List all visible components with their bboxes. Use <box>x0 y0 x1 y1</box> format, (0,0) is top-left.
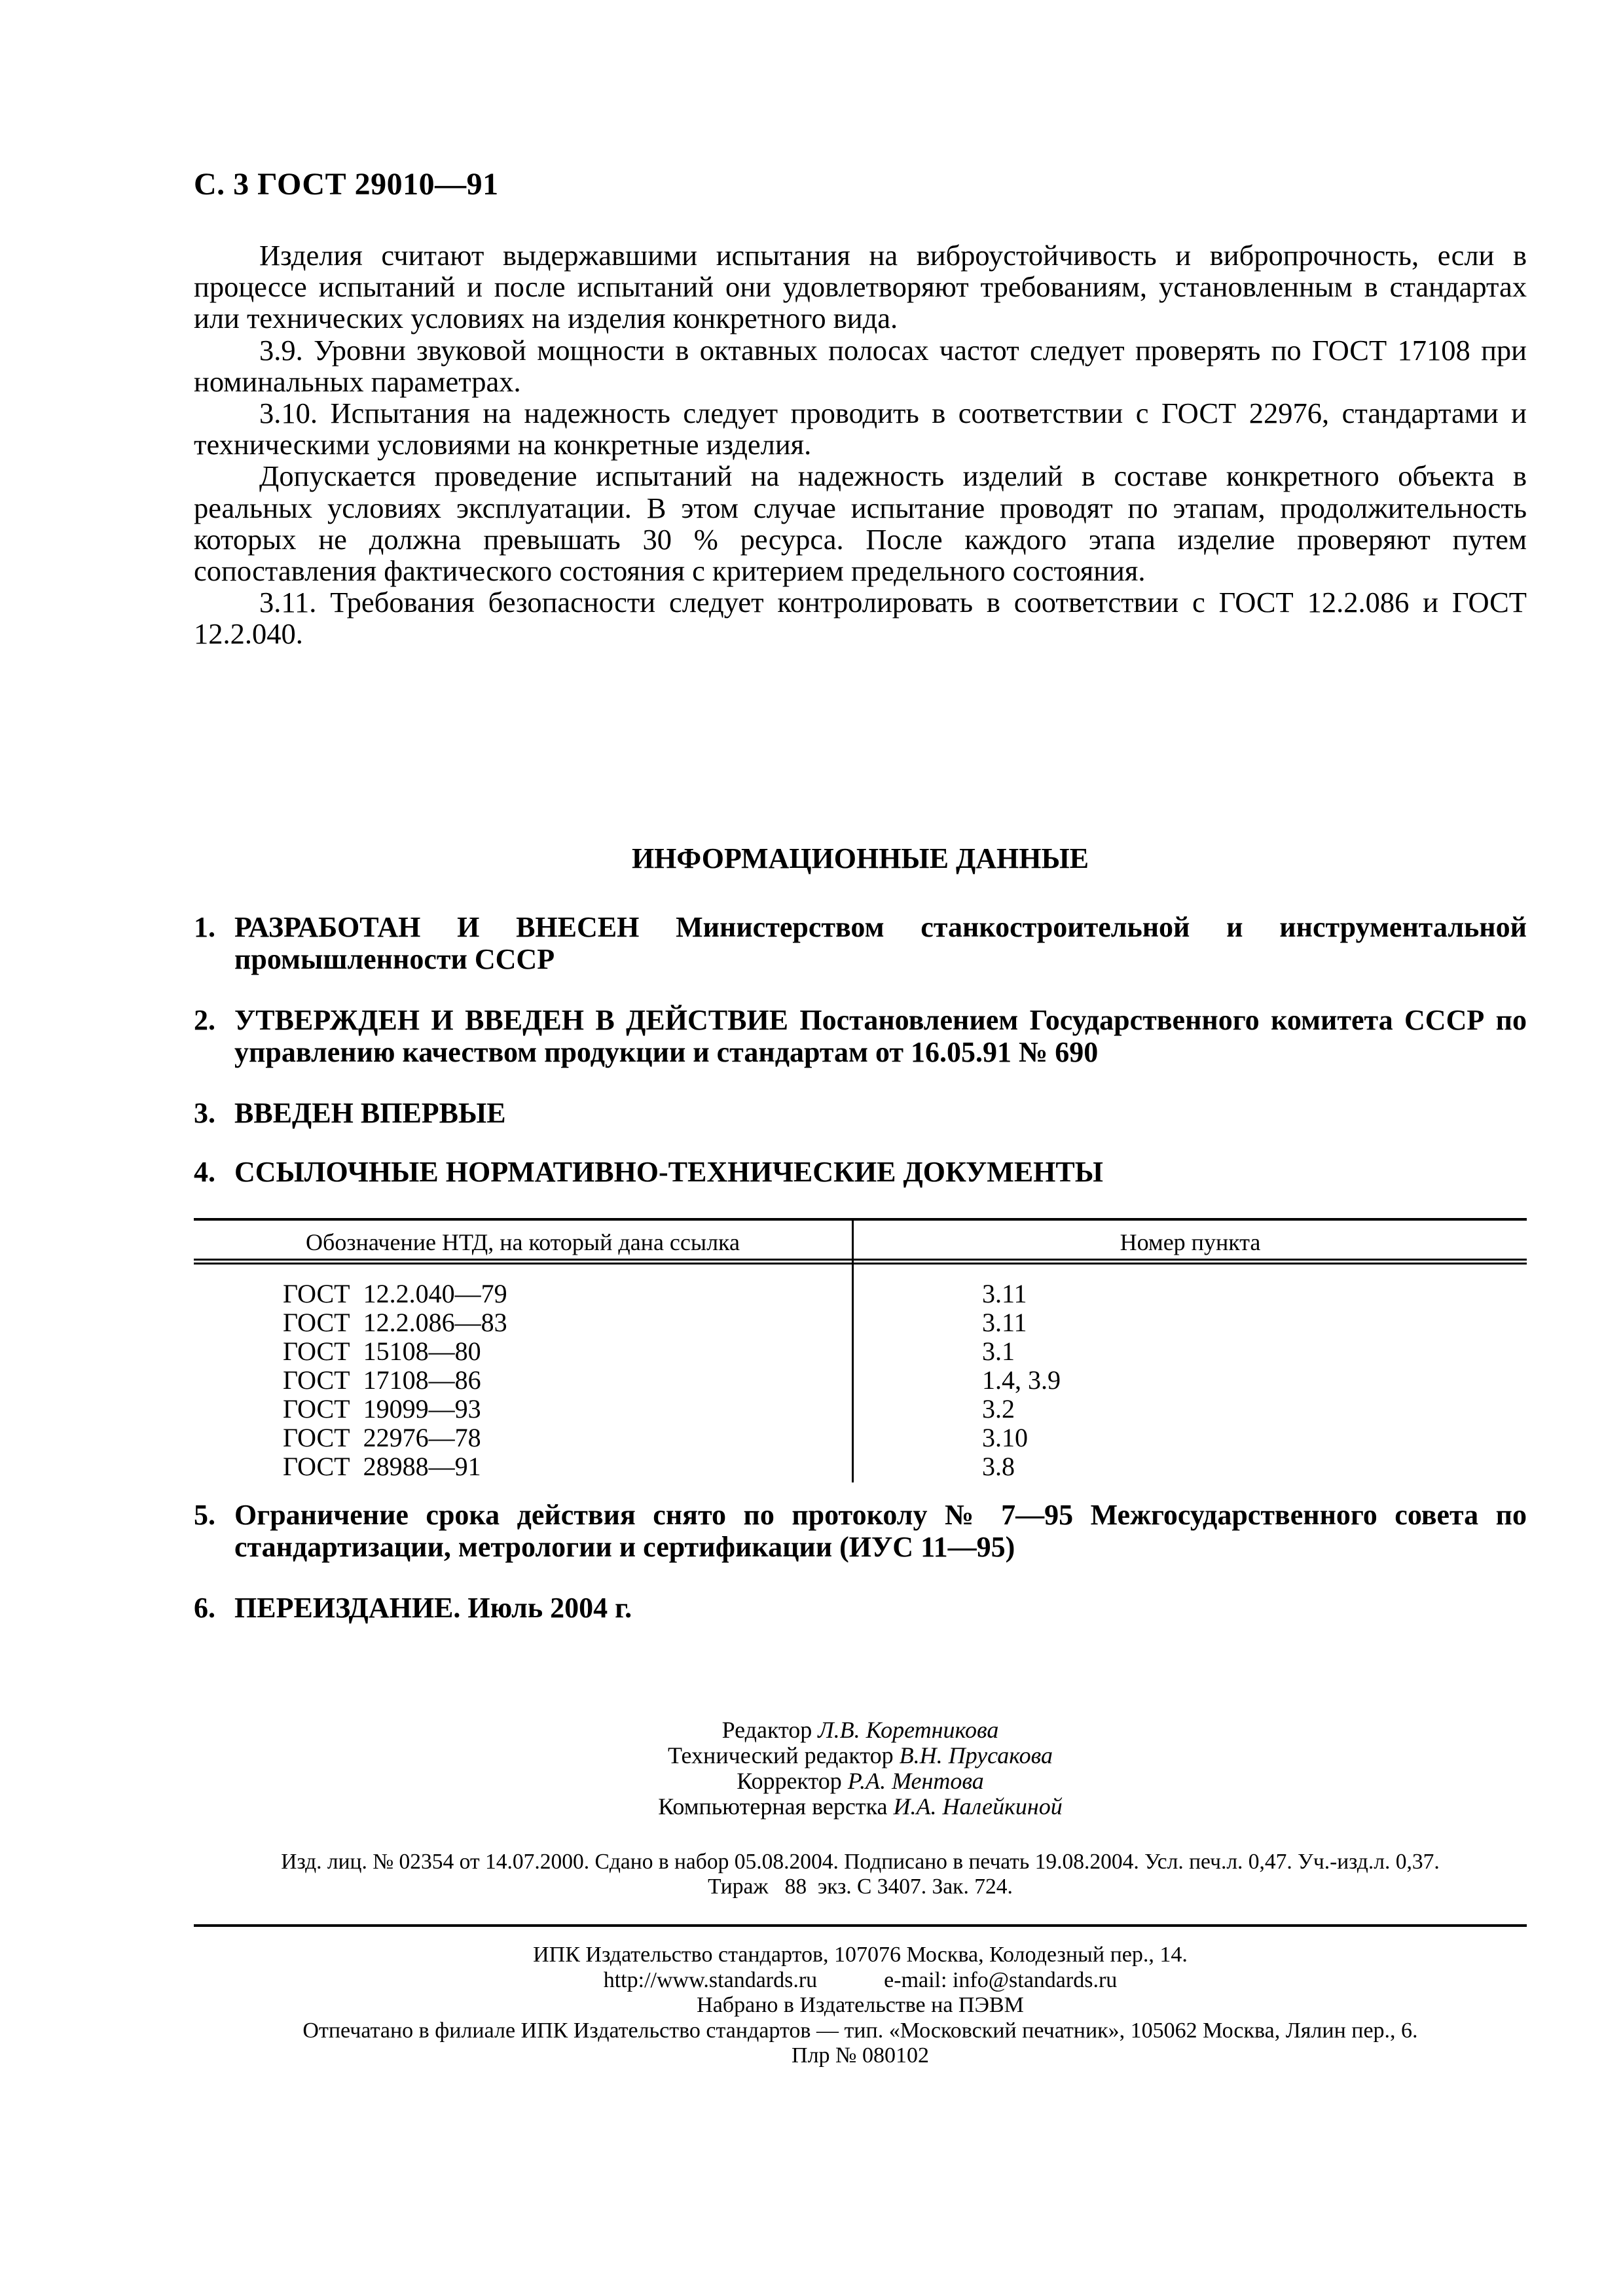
credit-name: Л.В. Коретникова <box>818 1717 998 1743</box>
paragraph-reliability: Допускается проведение испытаний на наде… <box>194 460 1527 586</box>
paragraph-3-10: 3.10. Испытания на надежность следует пр… <box>194 397 1527 460</box>
info-item-3: 3. ВВЕДЕН ВПЕРВЫЕ <box>194 1097 1527 1129</box>
info-item-6: 6. ПЕРЕИЗДАНИЕ. Июль 2004 г. <box>194 1592 1527 1624</box>
cell-clause: 3.11 <box>982 1280 1027 1308</box>
info-item-2: 2. УТВЕРЖДЕН И ВВЕДЕН В ДЕЙСТВИЕ Постано… <box>194 1004 1527 1068</box>
publisher-address: ИПК Издательство стандартов, 107076 Моск… <box>194 1943 1527 1968</box>
cell-clause: 3.8 <box>982 1452 1015 1481</box>
item-lead: ВВЕДЕН ВПЕРВЫЕ <box>234 1097 506 1129</box>
imprint-line-1: Изд. лиц. № 02354 от 14.07.2000. Сдано в… <box>194 1850 1527 1874</box>
credit-role: Технический редактор <box>668 1742 900 1768</box>
info-section-title: ИНФОРМАЦИОННЫЕ ДАННЫЕ <box>194 842 1527 875</box>
item-lead: РАЗРАБОТАН И ВНЕСЕН <box>234 911 639 943</box>
credit-name: Р.А. Ментова <box>848 1768 984 1794</box>
table-row: ГОСТ 19099—933.2 <box>194 1395 1527 1424</box>
cell-clause: 3.2 <box>982 1395 1015 1424</box>
info-item-4: 4. ССЫЛОЧНЫЕ НОРМАТИВНО-ТЕХНИЧЕСКИЕ ДОКУ… <box>194 1156 1527 1188</box>
printed-note: Отпечатано в филиале ИПК Издательство ст… <box>194 2018 1527 2044</box>
credit-role: Компьютерная верстка <box>658 1793 893 1820</box>
info-item-1: 1. РАЗРАБОТАН И ВНЕСЕН Министерством ста… <box>194 911 1527 975</box>
email-link[interactable]: e-mail: info@standards.ru <box>884 1968 1117 1992</box>
cell-clause: 3.10 <box>982 1424 1028 1452</box>
item-number: 2. <box>194 1004 215 1036</box>
footer-rule <box>194 1924 1527 1927</box>
imprint: Изд. лиц. № 02354 от 14.07.2000. Сдано в… <box>194 1850 1527 1899</box>
item-lead: ПЕРЕИЗДАНИЕ. <box>234 1592 460 1624</box>
item-lead: УТВЕРЖДЕН И ВВЕДЕН В ДЕЙСТВИЕ <box>234 1004 788 1036</box>
item-text: Июль 2004 г. <box>460 1592 632 1624</box>
table-row: ГОСТ 17108—861.4, 3.9 <box>194 1366 1527 1395</box>
item-number: 4. <box>194 1156 215 1188</box>
table-header-rule <box>194 1259 1527 1261</box>
credit-proofreader: Корректор Р.А. Ментова <box>194 1768 1527 1794</box>
paragraph-3-9: 3.9. Уровни звуковой мощности в октавных… <box>194 334 1527 397</box>
running-head: С. 3 ГОСТ 29010—91 <box>194 166 499 202</box>
table-header-rule <box>194 1263 1527 1265</box>
cell-clause: 1.4, 3.9 <box>982 1366 1061 1395</box>
credit-name: И.А. Налейкиной <box>894 1793 1063 1820</box>
credit-name: В.Н. Прусакова <box>900 1742 1053 1768</box>
cell-document: ГОСТ 17108—86 <box>283 1366 481 1395</box>
cell-document: ГОСТ 19099—93 <box>283 1395 481 1424</box>
paragraph-3-11: 3.11. Требования безопасности следует ко… <box>194 586 1527 649</box>
cell-document: ГОСТ 22976—78 <box>283 1424 481 1452</box>
item-lead: ССЫЛОЧНЫЕ НОРМАТИВНО-ТЕХНИЧЕСКИЕ ДОКУМЕН… <box>234 1156 1103 1188</box>
credit-role: Редактор <box>722 1717 818 1743</box>
item-text: Ограничение срока действия снято по прот… <box>234 1499 1527 1563</box>
cell-document: ГОСТ 12.2.040—79 <box>283 1280 507 1308</box>
body-text: Изделия считают выдержавшими испытания н… <box>194 240 1527 650</box>
cell-document: ГОСТ 28988—91 <box>283 1452 481 1481</box>
cell-document: ГОСТ 12.2.086—83 <box>283 1308 507 1337</box>
item-number: 5. <box>194 1499 215 1531</box>
table-row: ГОСТ 15108—803.1 <box>194 1337 1527 1366</box>
table-row: ГОСТ 22976—783.10 <box>194 1424 1527 1452</box>
column-header-document: Обозначение НТД, на который дана ссылка <box>194 1229 852 1255</box>
item-number: 3. <box>194 1097 215 1129</box>
item-number: 6. <box>194 1592 215 1624</box>
plr-number: Плр № 080102 <box>194 2043 1527 2069</box>
publisher-footer: ИПК Издательство стандартов, 107076 Моск… <box>194 1943 1527 2069</box>
table-row: ГОСТ 12.2.040—793.11 <box>194 1280 1527 1308</box>
typeset-note: Набрано в Издательстве на ПЭВМ <box>194 1993 1527 2018</box>
credit-role: Корректор <box>737 1768 847 1794</box>
column-header-clause: Номер пункта <box>854 1229 1527 1255</box>
credit-technical-editor: Технический редактор В.Н. Прусакова <box>194 1743 1527 1768</box>
imprint-line-2: Тираж 88 экз. С 3407. Зак. 724. <box>194 1874 1527 1899</box>
website-link[interactable]: http://www.standards.ru <box>604 1968 817 1992</box>
credit-editor: Редактор Л.В. Коретникова <box>194 1717 1527 1743</box>
table-row: ГОСТ 12.2.086—833.11 <box>194 1308 1527 1337</box>
cell-clause: 3.11 <box>982 1308 1027 1337</box>
item-number: 1. <box>194 911 215 943</box>
table-top-rule <box>194 1218 1527 1221</box>
credit-layout: Компьютерная верстка И.А. Налейкиной <box>194 1794 1527 1820</box>
cell-document: ГОСТ 15108—80 <box>283 1337 481 1366</box>
paragraph-vibration: Изделия считают выдержавшими испытания н… <box>194 240 1527 334</box>
credits: Редактор Л.В. Коретникова Технический ре… <box>194 1717 1527 1820</box>
reference-documents-table: Обозначение НТД, на который дана ссылка … <box>194 1218 1527 1482</box>
table-row: ГОСТ 28988—913.8 <box>194 1452 1527 1481</box>
cell-clause: 3.1 <box>982 1337 1015 1366</box>
info-item-5: 5. Ограничение срока действия снято по п… <box>194 1499 1527 1563</box>
contacts: http://www.standards.ru e-mail: info@sta… <box>194 1968 1527 1994</box>
